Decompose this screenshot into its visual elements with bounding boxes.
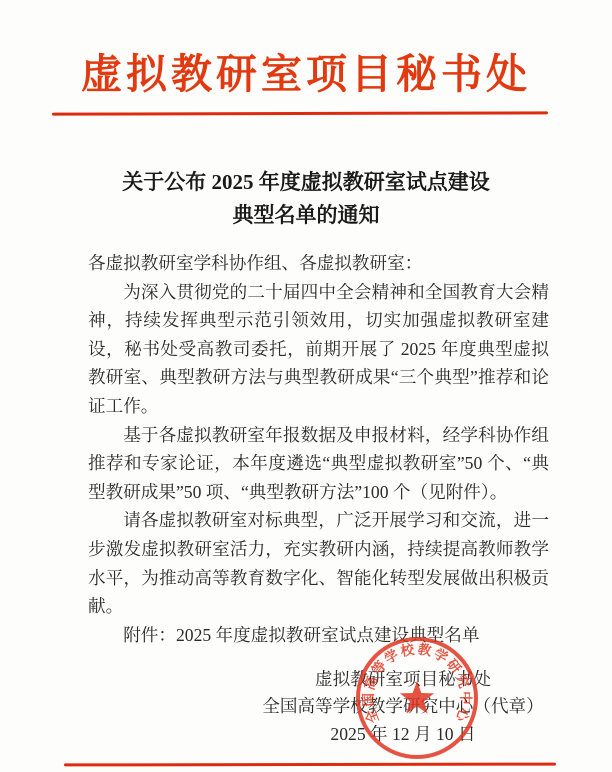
document-title-line2: 典型名单的通知 — [0, 199, 612, 232]
letterhead-title: 虚拟教研室项目秘书处 — [0, 50, 612, 98]
document-body: 各虚拟教研室学科协作组、各虚拟教研室： 为深入贯彻党的二十届四中全会精神和全国教… — [88, 249, 549, 649]
document-title: 关于公布 2025 年度虚拟教研室试点建设 典型名单的通知 — [0, 166, 612, 232]
signature-org-secretariat: 虚拟教研室项目秘书处 — [253, 666, 553, 693]
salutation: 各虚拟教研室学科协作组、各虚拟教研室： — [88, 249, 549, 278]
document-page: 虚拟教研室项目秘书处 关于公布 2025 年度虚拟教研室试点建设 典型名单的通知… — [0, 0, 612, 772]
footer-rule — [64, 763, 556, 767]
body-paragraph: 基于各虚拟教研室年报数据及申报材料，经学科协作组推荐和专家论证，本年度遴选“典型… — [88, 421, 549, 507]
attachment-line: 附件：2025 年度虚拟教研室试点建设典型名单 — [88, 621, 549, 650]
letterhead-rule — [52, 111, 548, 115]
signature-org-center: 全国高等学校教学研究中心（代章） — [253, 693, 553, 720]
signature-block: 虚拟教研室项目秘书处 全国高等学校教学研究中心（代章） 2025 年 12 月 … — [253, 666, 553, 748]
document-title-line1: 关于公布 2025 年度虚拟教研室试点建设 — [0, 166, 612, 199]
body-paragraph: 为深入贯彻党的二十届四中全会精神和全国教育大会精神，持续发挥典型示范引领效用，切… — [88, 278, 549, 421]
signature-date: 2025 年 12 月 10 日 — [253, 721, 553, 748]
body-paragraph: 请各虚拟教研室对标典型，广泛开展学习和交流，进一步激发虚拟教研室活力，充实教研内… — [88, 506, 549, 620]
